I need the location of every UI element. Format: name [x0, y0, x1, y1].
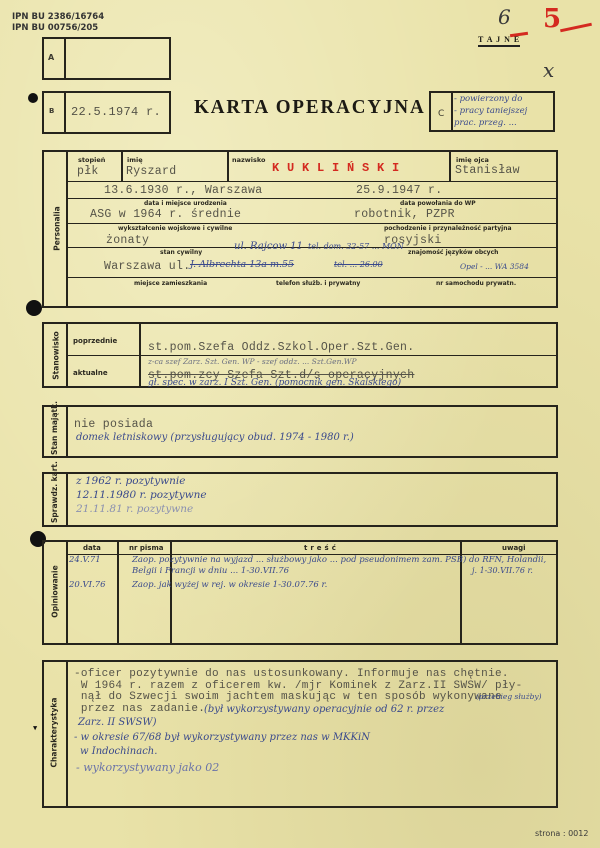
origin-value: robotnik, PZPR: [354, 208, 455, 221]
sprawdzenia-label: Sprawdz. kart.: [51, 473, 59, 523]
check-entry: 12.11.1980 r. pozytywne: [76, 488, 207, 502]
address-label: miejsce zamieszkania: [134, 280, 207, 287]
punch-hole: [28, 93, 38, 103]
previous-position-value: st.pom.Szefa Oddz.Szkol.Oper.Szt.Gen.: [148, 341, 414, 354]
father-name-label: imię ojca: [456, 156, 489, 164]
handwritten-x-mark: x: [543, 58, 554, 82]
conscription-label: data powołania do WP: [400, 200, 476, 207]
charakterystyka-label: Charakterystyka: [50, 693, 59, 773]
father-name-value: Stanisław: [455, 164, 520, 177]
address-handwritten-struck: J. Albrechta 13a m.55: [190, 259, 294, 270]
document-title: KARTA OPERACYJNA: [194, 96, 426, 119]
check-entry: 21.11.81 r. pozytywne: [76, 502, 207, 516]
card-date: 22.5.1974 r.: [71, 105, 161, 119]
punch-hole: [26, 300, 42, 316]
phone-label: telefon służb. i prywatny: [276, 280, 360, 287]
car-label: nr samochodu prywatn.: [436, 280, 516, 287]
property-value: nie posiada: [74, 418, 153, 431]
marital-value: żonaty: [106, 234, 149, 247]
col-nr-pisma-header: nr pisma: [129, 544, 163, 552]
address-handwritten-new: ul. Rajcow 11: [234, 241, 303, 252]
archive-ref-2: IPN BU 00756/205: [12, 23, 104, 34]
handwritten-line: w Indochinach.: [80, 746, 157, 757]
stanowisko-section: Stanowisko poprzednie st.pom.Szefa Oddz.…: [42, 322, 558, 388]
education-label: wykształcenie wojskowe i cywilne: [118, 225, 232, 232]
box-a-letter: A: [48, 53, 54, 62]
charakterystyka-section: Charakterystyka -oficer pozytywnie do na…: [42, 660, 558, 808]
red-strike-mark: [560, 23, 592, 33]
marital-label: stan cywilny: [160, 249, 202, 256]
rank-value: płk: [77, 165, 99, 178]
birth-label: data i miejsce urodzenia: [144, 200, 227, 207]
personalia-section: Personalia stopień płk imię Ryszard nazw…: [42, 150, 558, 308]
bullet-mark: ▼: [33, 724, 37, 732]
col-data-header: data: [83, 544, 101, 552]
page-number: strona : 0012: [535, 829, 588, 838]
margin-note: (przebieg służby): [476, 692, 542, 701]
address-value: Warszawa ul.: [104, 260, 190, 273]
handwritten-line: Zarz. II SWSW): [78, 717, 157, 728]
languages-label: znajomość języków obcych: [408, 249, 498, 256]
first-name-label: imię: [127, 156, 143, 164]
first-name-value: Ryszard: [126, 165, 176, 178]
typed-line: nął do Szwecji swoim jachtem maskując w …: [74, 692, 523, 704]
stan-majatkowy-section: Stan majątk. nie posiada domek letniskow…: [42, 405, 558, 458]
typed-line: -oficer pozytywnie do nas ustosunkowany.…: [74, 669, 523, 681]
current-position-label: aktualne: [73, 369, 108, 377]
property-handwritten: domek letniskowy (przysługujący obud. 19…: [76, 432, 354, 443]
red-sheet-number: 5: [543, 4, 561, 34]
phone-handwritten: tel. dom. 32-57 ... MON: [308, 242, 404, 251]
box-c: C - powierzony do - pracy taniejszej pra…: [429, 91, 555, 132]
box-c-line: prac. przeg. ...: [454, 117, 527, 129]
col-tresc-header: treść: [304, 544, 339, 552]
handwritten-line: - wykorzystywany jako 02: [76, 761, 219, 774]
opiniowanie-section: Opiniowanie data nr pisma treść uwagi 24…: [42, 540, 558, 645]
handwritten-sheet-number: 6: [498, 5, 511, 29]
stanowisko-label: Stanowisko: [52, 325, 61, 387]
phone-handwritten-struck: tel. ... 26.00: [334, 260, 383, 269]
surname-value: K U K L I Ń S K I: [272, 161, 400, 175]
current-position-handwritten-below: gł. spec. w zarz. I Szt. Gen. (pomocnik …: [148, 378, 401, 388]
rank-label: stopień: [78, 156, 105, 164]
box-a: A: [42, 37, 171, 80]
handwritten-line: (był wykorzystywany operacyjnie od 62 r.…: [204, 704, 444, 715]
conscription-value: 25.9.1947 r.: [356, 184, 442, 197]
origin-label: pochodzenie i przynależność partyjna: [384, 225, 512, 232]
previous-position-label: poprzednie: [73, 337, 117, 345]
archive-ref-1: IPN BU 2386/16764: [12, 12, 104, 23]
box-b: B 22.5.1974 r.: [42, 91, 171, 134]
col-uwagi-header: uwagi: [502, 544, 526, 552]
sprawdzenia-kartotek-section: Sprawdz. kart. z 1962 r. pozytywnie 12.1…: [42, 472, 558, 527]
check-entry: z 1962 r. pozytywnie: [76, 474, 207, 488]
birth-value: 13.6.1930 r., Warszawa: [104, 184, 262, 197]
row2-date: 20.VI.76: [69, 580, 106, 590]
row1-remarks: j. 1-30.VII.76 r.: [472, 566, 533, 575]
car-handwritten: Opel - ... WA 3584: [460, 262, 529, 271]
row2-content: Zaop. jak wyżej w rej. w okresie 1-30.07…: [132, 580, 327, 590]
stan-majatkowy-label: Stan majątk.: [51, 405, 59, 455]
classification-stamp: T A J N E: [478, 35, 520, 47]
handwritten-line: - w okresie 67/68 był wykorzystywany prz…: [74, 732, 370, 743]
current-position-handwritten-above: z-ca szef Zarz. Szt. Gen. WP - szef oddz…: [148, 357, 357, 366]
box-c-letter: C: [438, 109, 444, 119]
checks-list: z 1962 r. pozytywnie 12.11.1980 r. pozyt…: [76, 474, 207, 516]
education-value: ASG w 1964 r. średnie: [90, 208, 241, 221]
box-c-handwritten-note: - powierzony do - pracy taniejszej prac.…: [454, 93, 527, 129]
personalia-label: Personalia: [53, 189, 62, 269]
row1-date: 24.V.71: [69, 555, 101, 565]
opiniowanie-label: Opiniowanie: [51, 559, 60, 625]
box-c-line: - pracy taniejszej: [454, 105, 527, 117]
archive-reference-block: IPN BU 2386/16764 IPN BU 00756/205: [12, 12, 104, 34]
box-c-line: - powierzony do: [454, 93, 527, 105]
box-b-letter: B: [49, 107, 54, 115]
surname-label: nazwisko: [232, 156, 266, 164]
